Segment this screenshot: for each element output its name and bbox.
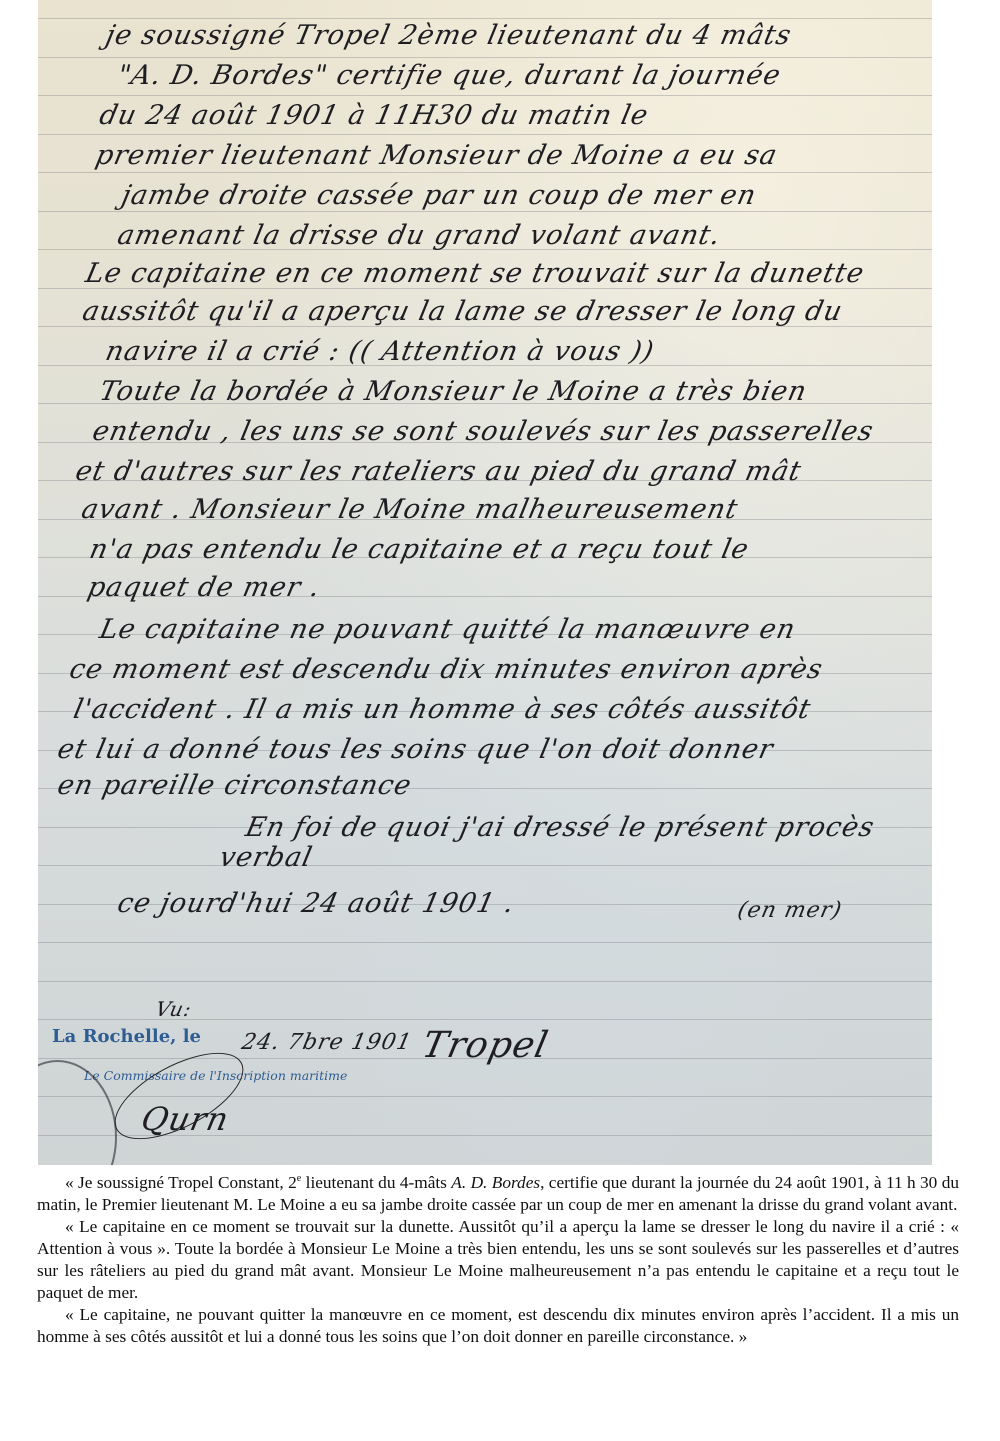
transcription-paragraph-3: « Le capitaine, ne pouvant quitter la ma… [37,1304,959,1348]
handwritten-line: l'accident . Il a mis un homme à ses côt… [71,694,814,725]
handwritten-line: du 24 août 1901 à 11H30 du matin le [97,100,652,131]
handwritten-line: avant . Monsieur le Moine malheureusemen… [79,494,741,525]
stamp-city: La Rochelle, le [52,1026,201,1047]
commissioner-signature: Qurn [138,1100,233,1138]
handwritten-line: ce jourd'hui 24 août 1901 . [115,888,518,919]
ruled-line [38,211,932,212]
handwritten-line: ce moment est descendu dix minutes envir… [67,654,826,685]
handwritten-line: et lui a donné tous les soins que l'on d… [55,734,777,765]
ruled-line [38,57,932,58]
handwritten-line: (en mer) [735,898,844,923]
ruled-line [38,865,932,866]
handwritten-line: entendu , les uns se sont soulevés sur l… [90,416,877,447]
handwritten-line: je soussigné Tropel 2ème lieutenant du 4… [103,20,795,51]
transcription: « Je soussigné Tropel Constant, 2e lieut… [37,1172,959,1348]
handwritten-line: navire il a crié : (( Attention à vous )… [103,336,657,367]
handwritten-line: paquet de mer . [85,572,324,603]
ruled-line [38,95,932,96]
transcription-paragraph-1: « Je soussigné Tropel Constant, 2e lieut… [37,1172,959,1216]
handwritten-line: "A. D. Bordes" certifie que, durant la j… [115,60,784,91]
handwritten-line: Le capitaine en ce moment se trouvait su… [83,258,868,289]
handwritten-line: en pareille circonstance [55,770,415,801]
handwritten-line: En foi de quoi j'ai dressé le présent pr… [243,812,878,843]
ruled-line [38,18,932,19]
handwritten-line: n'a pas entendu le capitaine et a reçu t… [87,534,752,565]
author-signature: Tropel [419,1025,552,1066]
ruled-line [38,172,932,173]
transcription-paragraph-2: « Le capitaine en ce moment se trouvait … [37,1216,959,1304]
handwritten-line: amenant la drisse du grand volant avant. [115,220,724,251]
handwritten-line: jambe droite cassée par un coup de mer e… [119,180,760,211]
ruled-line [38,134,932,135]
handwritten-line: et d'autres sur les rateliers au pied du… [73,456,805,487]
ruled-line [38,981,932,982]
handwritten-line: Le capitaine ne pouvant quitté la manœuv… [97,614,799,645]
p1-text-start: « Je soussigné Tropel Constant, 2 [65,1173,297,1192]
ship-name: A. D. Bordes [451,1173,540,1192]
p1-text-middle: lieutenant du 4-mâts [301,1173,451,1192]
ruled-line [38,942,932,943]
vu-annotation: Vu: [153,997,194,1021]
handwritten-letter-photo: je soussigné Tropel 2ème lieutenant du 4… [38,0,932,1165]
handwritten-line: premier lieutenant Monsieur de Moine a e… [93,140,781,171]
handwritten-line: Toute la bordée à Monsieur le Moine a tr… [97,376,810,407]
handwritten-line: verbal [217,842,316,873]
handwritten-line: aussitôt qu'il a aperçu la lame se dress… [80,296,846,327]
stamp-date: 24. 7bre 1901 [239,1030,414,1055]
